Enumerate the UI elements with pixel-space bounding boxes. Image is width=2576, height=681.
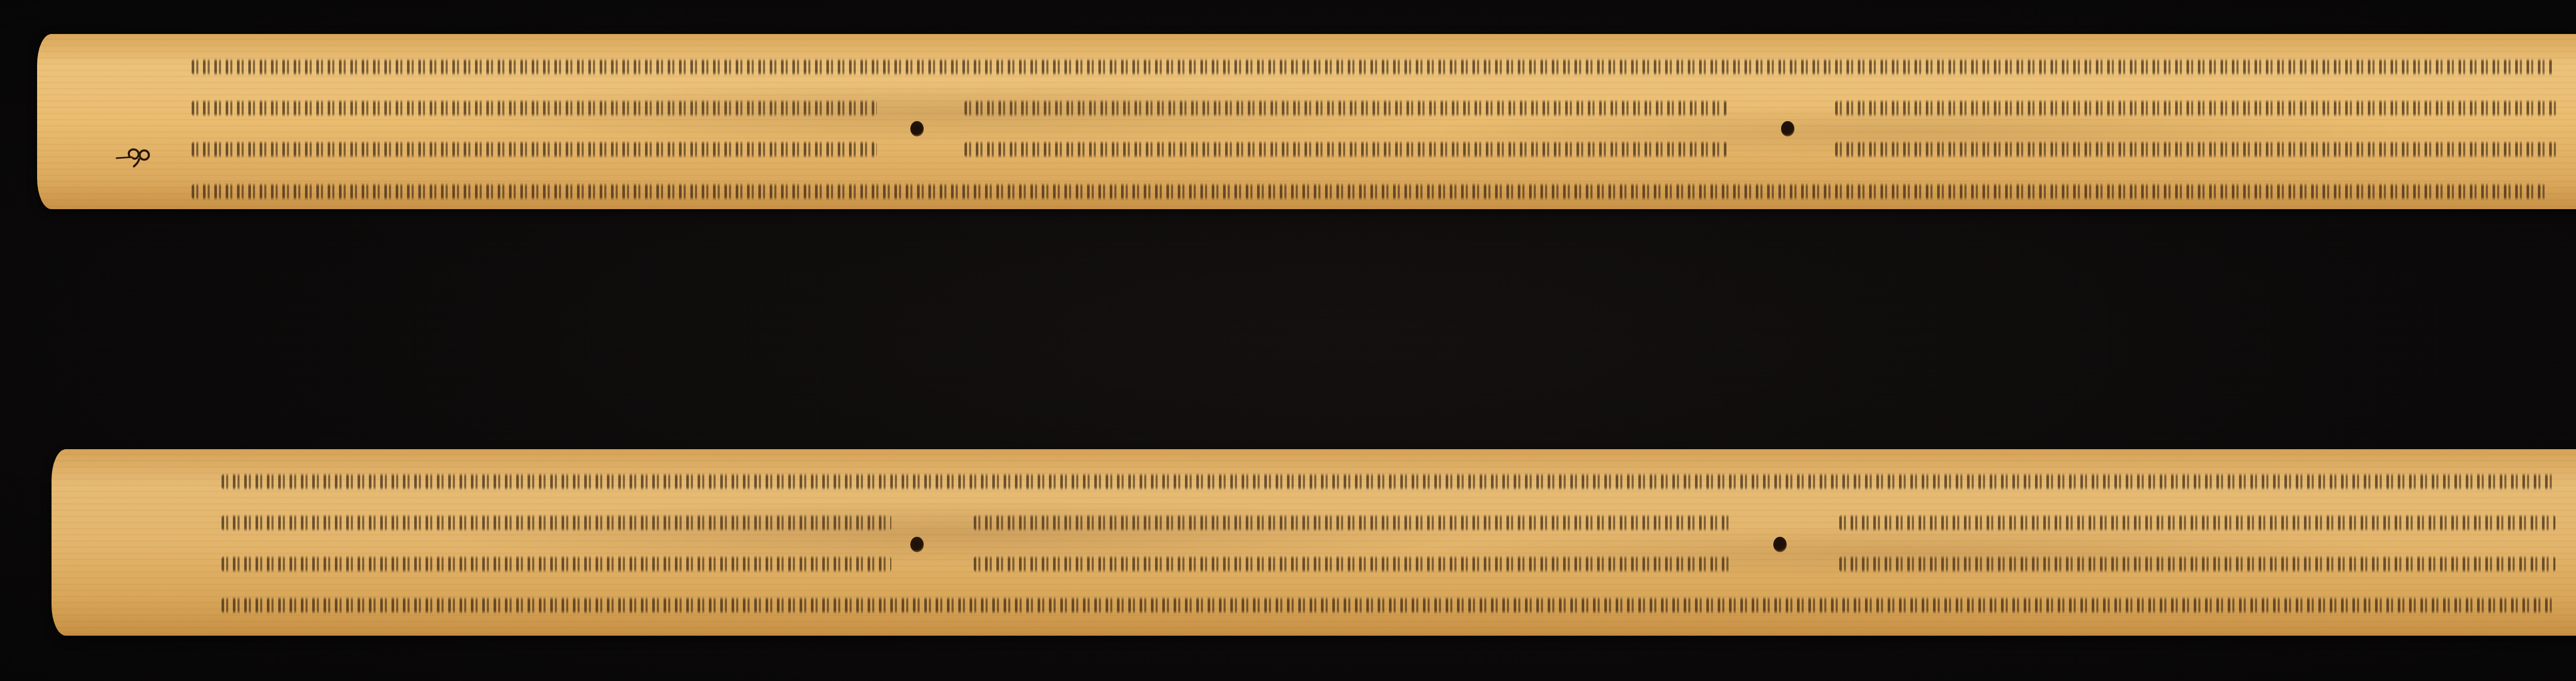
script-segment xyxy=(192,99,877,117)
script-line-2 xyxy=(37,99,2576,117)
script-segment xyxy=(964,99,1727,117)
palm-leaf-upper xyxy=(37,34,2576,209)
script-segment xyxy=(1839,514,2555,532)
scene-caption: Photograph of two palm-leaf manuscript f… xyxy=(0,0,1,1)
script-segment xyxy=(974,514,1731,532)
script-segment xyxy=(974,555,1731,573)
script-segment xyxy=(1835,99,2556,117)
script-segment xyxy=(222,597,2555,614)
script-segment xyxy=(964,141,1727,158)
script-line-1 xyxy=(52,473,2576,490)
manuscript-photograph: Photograph of two palm-leaf manuscript f… xyxy=(0,0,2576,681)
script-line-4 xyxy=(37,183,2576,200)
script-segment xyxy=(192,183,2546,200)
binding-hole-icon xyxy=(1781,121,1794,137)
script-segment xyxy=(192,58,2554,76)
script-line-2 xyxy=(52,514,2576,532)
script-segment xyxy=(222,473,2555,490)
palm-leaf-lower xyxy=(52,449,2576,636)
script-description: Handwritten Burmese-family script incise… xyxy=(0,0,1,1)
script-segment xyxy=(1835,141,2556,158)
script-line-3 xyxy=(37,141,2576,158)
script-line-4 xyxy=(52,597,2576,614)
binding-hole-icon xyxy=(910,537,924,552)
script-segment xyxy=(1839,555,2555,573)
script-segment xyxy=(222,514,891,532)
binding-hole-icon xyxy=(1773,537,1787,552)
script-line-3 xyxy=(52,555,2576,573)
script-line-1 xyxy=(37,58,2576,76)
binding-hole-icon xyxy=(910,121,924,137)
script-segment xyxy=(222,555,891,573)
script-segment xyxy=(192,141,877,158)
transcription-status: not transcribed — glyphs not reliably le… xyxy=(0,0,1,1)
